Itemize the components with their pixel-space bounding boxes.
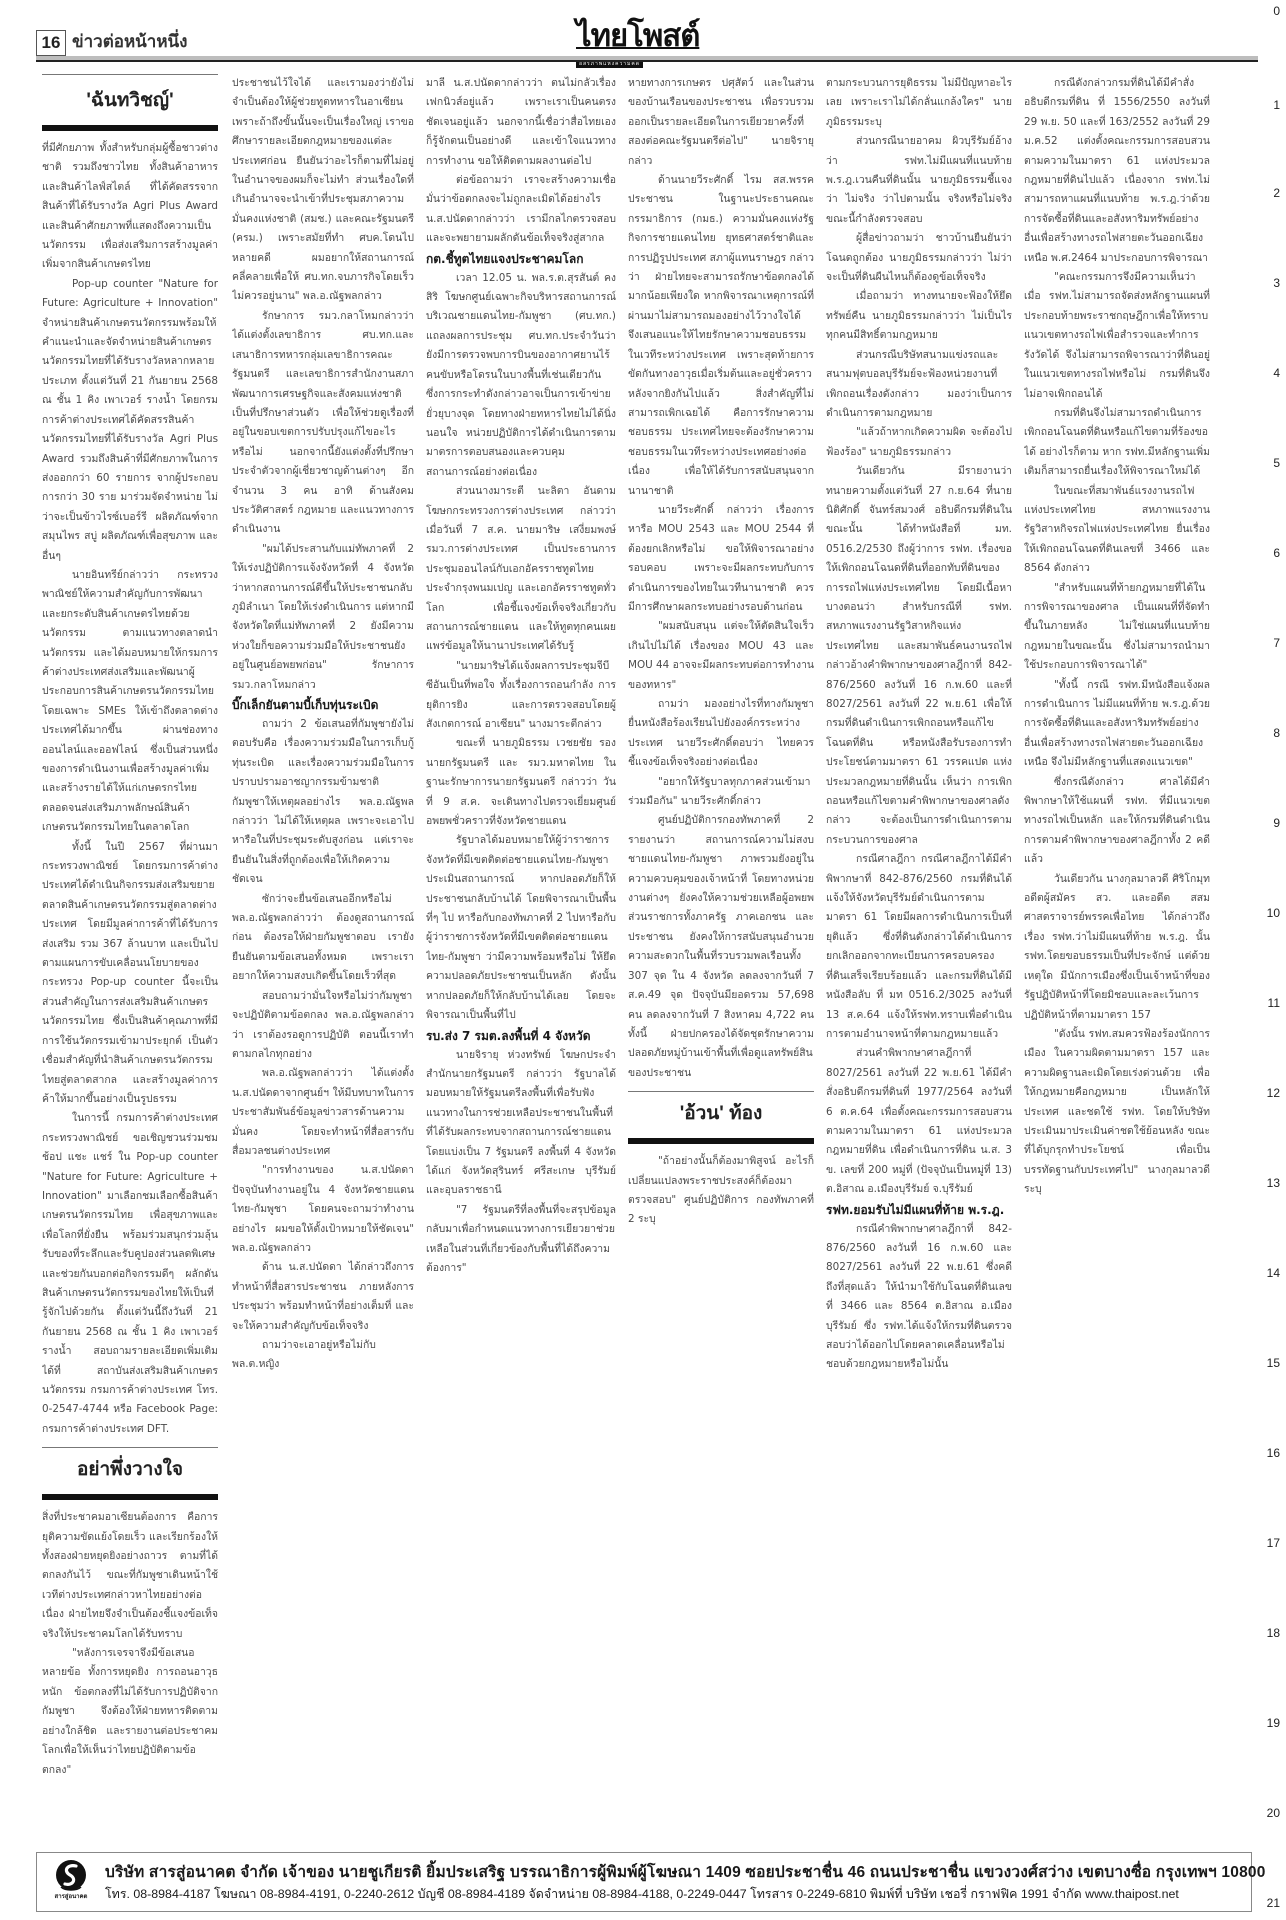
publisher-logo-caption: สารสู่อนาคต — [51, 1893, 91, 1901]
section-name: ข่าวต่อหน้าหนึ่ง — [72, 30, 187, 54]
article-paragraph: "7 รัฐมนตรีที่ลงพื้นที่จะสรุปข้อมูลกลับม… — [426, 1201, 616, 1279]
column-1: 'ฉันทวิชญ์' ที่มีศักยภาพ ทั้งสำหรับกลุ่ม… — [42, 74, 218, 1819]
article-paragraph: รักษาการ รมว.กลาโหมกล่าวว่า ได้แต่งตั้งเ… — [232, 307, 414, 540]
article-paragraph: กรณีดังกล่าวกรมที่ดินได้มีคำสั่งอธิบดีกร… — [1024, 74, 1210, 268]
column-title-bar — [42, 1494, 218, 1500]
article-paragraph: ส่วนกรณีบริษัทสนามแข่งรถและสนามฟุตบอลบุร… — [826, 346, 1012, 424]
article-paragraph: Pop-up counter "Nature for Future: Agric… — [42, 275, 218, 566]
article-paragraph: ผู้สื่อข่าวถามว่า ชาวบ้านยืนยันว่าโฉนดถู… — [826, 229, 1012, 287]
article-paragraph: ตามกระบวนการยุติธรรม ไม่มีปัญหาอะไรเลย เ… — [826, 74, 1012, 132]
subheading: บิ๊กเล็กยันตามบี้เก็บทุ่นระเบิด — [232, 695, 414, 715]
article-paragraph: นายวีระศักดิ์ กล่าวว่า เรื่องการหารือ MO… — [628, 501, 814, 617]
column-6: กรณีดังกล่าวกรมที่ดินได้มีคำสั่งอธิบดีกร… — [1024, 74, 1210, 1819]
article-paragraph: ถามว่าจะเอาอยู่หรือไม่กับ พล.ต.หญิง — [232, 1336, 414, 1375]
article-paragraph: "อยากให้รัฐบาลทุกภาคส่วนเข้ามาร่วมมือกัน… — [628, 773, 814, 812]
article-paragraph: สอบถามว่ามั่นใจหรือไม่ว่ากัมพูชาจะปฏิบัต… — [232, 987, 414, 1065]
column-title-dont-trust: อย่าพึ่งวางใจ — [42, 1456, 218, 1484]
article-paragraph: "หลังการเจรจาจึงมีข้อเสนอหลายข้อ ทั้งการ… — [42, 1644, 218, 1780]
article-paragraph: กรณีคำพิพากษาศาลฎีกาที่ 842-876/2560 ลงว… — [826, 1220, 1012, 1375]
publisher-owner-line: บริษัท สารสู่อนาคต จำกัด เจ้าของ นายชูเก… — [105, 1859, 1266, 1884]
article-paragraph: ประชาชนไว้ใจได้ และเรามองว่ายังไม่จำเป็น… — [232, 74, 414, 307]
subheading: กต.ชี้ทูตไทยแจงประชาคมโลก — [426, 249, 616, 269]
article-paragraph: กรณีศาลฎีกา กรณีศาลฎีกาได้มีคำพิพากษาที่… — [826, 850, 1012, 1044]
column-title-bar — [628, 1138, 814, 1144]
row-number: 7 — [1273, 636, 1280, 650]
article-paragraph: พล.อ.ณัฐพลกล่าวว่า ได้แต่งตั้ง น.ส.ปนัดด… — [232, 1064, 414, 1161]
row-number: 13 — [1267, 1176, 1280, 1190]
article-paragraph: "สำหรับแผนที่ท้ายกฎหมายที่ได้ในการพิจารณ… — [1024, 579, 1210, 676]
row-number: 17 — [1267, 1536, 1280, 1550]
row-number: 2 — [1273, 186, 1280, 200]
article-paragraph: "ผมได้ประสานกับแม่ทัพภาคที่ 2 ให้เร่งปฏิ… — [232, 540, 414, 695]
page-number: 16 — [36, 30, 66, 56]
article-paragraph: ด้าน น.ส.ปนัดดา ได้กล่าวถึงการทำหน้าที่ส… — [232, 1258, 414, 1336]
article-paragraph: หายทางการเกษตร ปศุสัตว์ และในส่วนของบ้าน… — [628, 74, 814, 171]
article-paragraph: วันเดียวกัน มีรายงานว่า ทนายความตั้งแต่ว… — [826, 462, 1012, 850]
logo-text: ไทยโพสต์ — [576, 22, 704, 50]
article-paragraph: "ทั้งนี้ กรณี รฟท.มีหนังสือแจ้งผลการดำเน… — [1024, 676, 1210, 773]
row-number: 5 — [1273, 456, 1280, 470]
article-paragraph: "ดังนั้น รฟท.สมควรฟ้องร้องนักการเมือง ใน… — [1024, 1025, 1210, 1200]
column-5: ตามกระบวนการยุติธรรม ไม่มีปัญหาอะไรเลย เ… — [826, 74, 1012, 1819]
article-paragraph: วันเดียวกัน นางกุลมาลวดี ศิริโกมุท อดีตผ… — [1024, 870, 1210, 1025]
column-title-rule — [42, 1447, 218, 1448]
article-paragraph: ทั้งนี้ ในปี 2567 ที่ผ่านมา กระทรวงพาณิช… — [42, 838, 218, 1110]
column-title-chantavit: 'ฉันทวิชญ์' — [42, 87, 218, 115]
article-paragraph: ส่วนคำพิพากษาศาลฎีกาที่ 8027/2561 ลงวันท… — [826, 1044, 1012, 1199]
article-paragraph: "ถ้าอย่างนั้นก็ต้องมาพิสูจน์ อะไรก็เปลี่… — [628, 1152, 814, 1230]
subheading: รบ.ส่ง 7 รมต.ลงพื้นที่ 4 จังหวัด — [426, 1026, 616, 1046]
row-number: 0 — [1273, 4, 1280, 18]
column-2: ประชาชนไว้ใจได้ และเรามองว่ายังไม่จำเป็น… — [232, 74, 414, 1819]
row-number: 21 — [1267, 1896, 1280, 1910]
row-number: 15 — [1267, 1356, 1280, 1370]
article-paragraph: ต่อข้อถามว่า เราจะสร้างความเชื่อมั่นว่าข… — [426, 171, 616, 249]
publisher-imprint: สารสู่อนาคต บริษัท สารสู่อนาคต จำกัด เจ้… — [36, 1852, 1252, 1912]
article-paragraph: "นายมาริษได้แจ้งผลการประชุมจีบีซีอันเป็น… — [426, 657, 616, 735]
column-3: มาลี น.ส.ปนัดดากล่าวว่า ตนไม่กลัวเรื่องเ… — [426, 74, 616, 1819]
article-paragraph: ศูนย์ปฏิบัติการกองทัพภาคที่ 2 รายงานว่า … — [628, 811, 814, 1083]
row-number: 11 — [1268, 996, 1280, 1010]
row-number: 6 — [1273, 546, 1280, 560]
page-header: 16 ข่าวต่อหน้าหนึ่ง ไทยโพสต์ อิสรภาพแห่ง… — [36, 22, 1258, 62]
article-paragraph: นายอินทรีย์กล่าวว่า กระทรวงพาณิชย์ให้ควา… — [42, 566, 218, 838]
subheading: รฟท.ยอมรับไม่มีแผนที่ท้าย พ.ร.ฎ. — [826, 1200, 1012, 1220]
column-title-rule — [628, 1091, 814, 1092]
article-paragraph: "การทำงานของ น.ส.ปนัดดา ปัจจุบันทำงานอยู… — [232, 1161, 414, 1258]
publisher-emblem-icon — [55, 1859, 87, 1893]
article-paragraph: ในขณะที่สมาพันธ์แรงงานรถไฟแห่งประเทศไทย … — [1024, 482, 1210, 579]
column-title-uan-pregnant: 'อ้วน' ท้อง — [628, 1100, 814, 1128]
article-paragraph: ซักว่าจะยื่นข้อเสนออีกหรือไม่ พล.อ.ณัฐพล… — [232, 890, 414, 987]
row-number: 8 — [1273, 726, 1280, 740]
row-number: 4 — [1273, 366, 1280, 380]
article-paragraph: ที่มีศักยภาพ ทั้งสำหรับกลุ่มผู้ซื้อชาวต่… — [42, 139, 218, 275]
article-paragraph: "คณะกรรมการจึงมีความเห็นว่า เมื่อ รฟท.ไม… — [1024, 268, 1210, 404]
row-number: 3 — [1273, 276, 1280, 290]
article-paragraph: รัฐบาลได้มอบหมายให้ผู้ว่าราชการจังหวัดที… — [426, 831, 616, 1025]
article-paragraph: ส่วนกรณีนายอาคม ผิวบุรีรัมย์อ้างว่า รฟท.… — [826, 132, 1012, 229]
row-number: 18 — [1267, 1626, 1280, 1640]
article-paragraph: เวลา 12.05 น. พล.ร.ต.สุรสันต์ คงสิริ โฆษ… — [426, 269, 616, 482]
thaipost-logo: ไทยโพสต์ อิสรภาพแห่งความคิด — [576, 22, 704, 58]
article-paragraph: ถามว่า มองอย่างไรที่ทางกัมพูชายื่นหนังสื… — [628, 695, 814, 773]
article-paragraph: ขณะที่ นายภูมิธรรม เวชยชัย รองนายกรัฐมนต… — [426, 734, 616, 831]
row-number: 16 — [1267, 1446, 1280, 1460]
row-number: 20 — [1267, 1806, 1280, 1820]
row-number: 9 — [1273, 816, 1280, 830]
row-number: 19 — [1267, 1716, 1280, 1730]
newspaper-page: 16 ข่าวต่อหน้าหนึ่ง ไทยโพสต์ อิสรภาพแห่ง… — [0, 0, 1286, 1920]
article-paragraph: "ผมสนับสนุน แต่จะให้ตัดสินใจเร็วเกินไปไม… — [628, 617, 814, 695]
article-paragraph: สิ่งที่ประชาคมอาเซียนต้องการ คือการยุติค… — [42, 1508, 218, 1644]
row-number: 14 — [1267, 1266, 1280, 1280]
column-4: หายทางการเกษตร ปศุสัตว์ และในส่วนของบ้าน… — [628, 74, 814, 1819]
row-number: 12 — [1267, 1086, 1280, 1100]
article-paragraph: ส่วนนางมาระตี นะลิตา อันดามโฆษกกระทรวงกา… — [426, 482, 616, 657]
header-rule-black — [36, 60, 1258, 62]
article-paragraph: ด้านนายวีระศักดิ์ ไรม สส.พรรคประชาชน ในฐ… — [628, 171, 814, 501]
article-paragraph: เมื่อถามว่า ทางทนายจะฟ้องให้ยึดทรัพย์คืน… — [826, 287, 1012, 345]
article-paragraph: กรมที่ดินจึงไม่สามารถดำเนินการเพิกถอนโฉน… — [1024, 404, 1210, 482]
logo-subtext: อิสรภาพแห่งความคิด — [576, 61, 643, 68]
row-number: 1 — [1273, 98, 1280, 112]
publisher-contact-line: โทร. 08-8984-4187 โฆษณา 08-8984-4191, 0-… — [105, 1885, 1179, 1904]
article-paragraph: "แล้วถ้าหากเกิดความผิด จะต้องไปฟ้องร้อง"… — [826, 423, 1012, 462]
row-number: 10 — [1267, 906, 1280, 920]
article-paragraph: มาลี น.ส.ปนัดดากล่าวว่า ตนไม่กลัวเรื่องเ… — [426, 74, 616, 171]
column-title-rule — [42, 74, 218, 75]
article-paragraph: นายจิรายุ ห่วงทรัพย์ โฆษกประจำสำนักนายกร… — [426, 1046, 616, 1201]
article-paragraph: ในการนี้ กรมการค้าต่างประเทศ กระทรวงพาณิ… — [42, 1109, 218, 1439]
article-paragraph: ซึ่งกรณีดังกล่าว ศาลได้มีคำพิพากษาให้ใช้… — [1024, 773, 1210, 870]
publisher-logo: สารสู่อนาคต — [51, 1859, 91, 1907]
article-paragraph: ถามว่า 2 ข้อเสนอที่กัมพูชายังไม่ตอบรับคื… — [232, 715, 414, 890]
column-title-bar — [42, 125, 218, 131]
